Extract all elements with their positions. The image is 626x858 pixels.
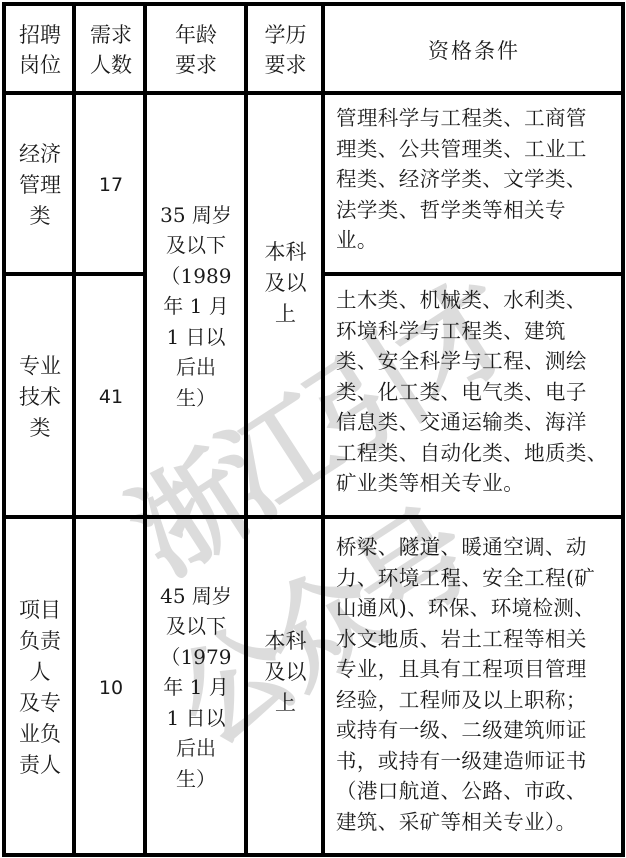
row-divider-1-left bbox=[2, 272, 145, 276]
header-count: 需求 人数 bbox=[76, 5, 146, 94]
grid-vline-1 bbox=[72, 2, 76, 857]
age-requirement-group-2: 45 周岁 及以下 （1979 年 1 月 1 日以 后出 生） bbox=[147, 519, 245, 856]
header-education: 学历 要求 bbox=[247, 5, 324, 94]
education-requirement-group-2: 本科 及以 上 bbox=[247, 519, 324, 856]
grid-vline-2 bbox=[143, 2, 147, 857]
border-right bbox=[621, 2, 625, 857]
row-1-count: 17 bbox=[76, 95, 146, 275]
header-position: 招聘 岗位 bbox=[5, 5, 75, 94]
row-3-qualification: 桥梁、隧道、暖通空调、动 力、环境工程、安全工程(矿 山通风)、环保、环境检测、… bbox=[325, 532, 623, 854]
age-requirement-group-1: 35 周岁 及以下 （1989 年 1 月 1 日以 后出 生） bbox=[147, 95, 245, 518]
row-divider-2 bbox=[2, 515, 625, 519]
border-top bbox=[2, 2, 625, 6]
education-requirement-group-1: 本科 及以 上 bbox=[247, 95, 324, 518]
grid-vline-4 bbox=[321, 2, 325, 857]
row-2-count: 41 bbox=[76, 276, 146, 518]
row-2-qualification: 土木类、机械类、水利类、 环境科学与工程类、建筑 类、安全科学与工程、测绘 类、… bbox=[325, 285, 623, 515]
row-3-position: 项目 负责 人 及专 业负 责人 bbox=[5, 519, 75, 856]
row-1-qualification: 管理科学与工程类、工商管 理类、公共管理类、工业工 程类、经济学类、文学类、 法… bbox=[325, 103, 623, 273]
header-age: 年龄 要求 bbox=[147, 5, 245, 94]
row-2-position: 专业 技术 类 bbox=[5, 276, 75, 518]
header-divider bbox=[2, 91, 625, 95]
row-3-count: 10 bbox=[76, 519, 146, 856]
border-bottom bbox=[2, 853, 625, 857]
row-1-position: 经济 管理 类 bbox=[5, 95, 75, 275]
recruitment-table: 浙江引才 公众号 招聘 岗位 需求 人数 年龄 要求 学历 要求 资格条件 经济… bbox=[0, 0, 626, 858]
grid-vline-3 bbox=[244, 2, 248, 857]
row-divider-1-right bbox=[321, 272, 625, 276]
header-qualification: 资格条件 bbox=[325, 5, 623, 94]
border-left bbox=[2, 2, 6, 857]
